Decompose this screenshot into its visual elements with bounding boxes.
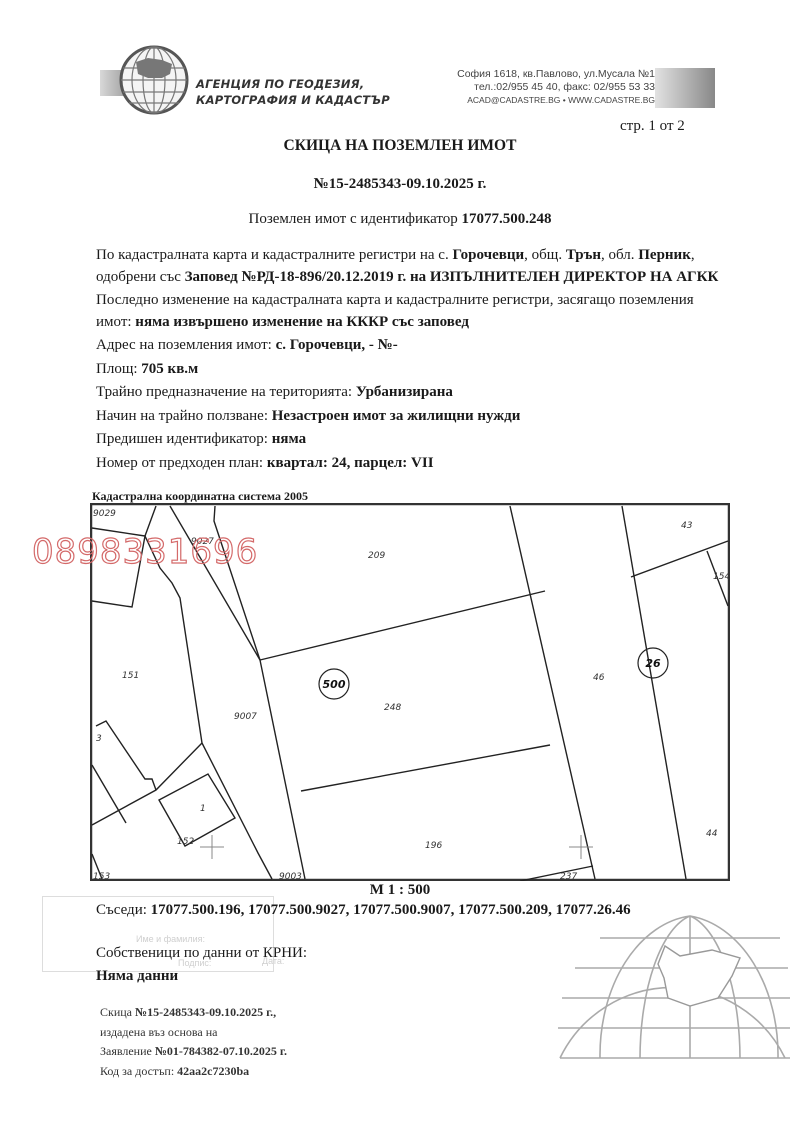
- address-row: Адрес на поземления имот: с. Горочевци, …: [96, 335, 726, 357]
- parcel-44-label: 44: [706, 829, 718, 839]
- owners-label: Собственици по данни от КРНИ:: [96, 945, 307, 962]
- footer-application: Заявление №01-784382-07.10.2025 г.: [100, 1042, 287, 1062]
- text: ,: [691, 247, 695, 263]
- agency-name-line1: АГЕНЦИЯ ПО ГЕОДЕЗИЯ,: [196, 76, 390, 92]
- parcel-9003-label: 9003: [279, 872, 302, 881]
- usage-row: Начин на трайно ползване: Незастроен имо…: [96, 406, 726, 428]
- parcel-3-label: 3: [96, 734, 102, 744]
- village: Горочевци: [452, 247, 524, 263]
- footer-issued-on: издадена въз основа на: [100, 1023, 287, 1043]
- footer-access-code: Код за достъп: 42aa2c7230ba: [100, 1062, 287, 1082]
- agency-phone: тел.:02/955 45 40, факс: 02/955 53 33: [440, 81, 655, 94]
- phone-watermark: 0898331696: [32, 532, 258, 572]
- globe-bulgaria-icon: [118, 44, 190, 116]
- parcel-209-label: 209: [368, 551, 385, 561]
- block-26-label: 26: [645, 657, 661, 670]
- address-value: с. Горочевци, - №-: [276, 337, 398, 353]
- block-500-label: 500: [323, 678, 346, 691]
- parcel-151-label: 151: [122, 671, 139, 681]
- label: Начин на трайно ползване:: [96, 408, 272, 424]
- purpose-value: Урбанизирана: [356, 384, 453, 400]
- label: Номер от предходен план:: [96, 455, 267, 471]
- text: одобрени със: [96, 269, 185, 285]
- agency-name: АГЕНЦИЯ ПО ГЕОДЕЗИЯ, КАРТОГРАФИЯ И КАДАС…: [196, 76, 390, 108]
- parcel-46-label: 46: [593, 673, 605, 683]
- agency-web: ACAD@CADASTRE.BG • WWW.CADASTRE.BG: [440, 94, 655, 107]
- area-value: 705 кв.м: [141, 361, 198, 377]
- parcel-152-label: 152: [177, 837, 194, 847]
- parcel-248-label: 248: [384, 703, 401, 713]
- agency-contact: София 1618, кв.Павлово, ул.Мусала №1 тел…: [440, 68, 655, 107]
- prev-id-row: Предишен идентификатор: няма: [96, 429, 726, 451]
- approval-order: Заповед №РД-18-896/20.12.2019 г. на ИЗПЪ…: [185, 269, 719, 285]
- owners-value: Няма данни: [96, 968, 178, 985]
- municipality: Трън: [566, 247, 601, 263]
- label: Предишен идентификатор:: [96, 431, 272, 447]
- parcel-196-label: 196: [425, 841, 442, 851]
- purpose-row: Трайно предназначение на територията: Ур…: [96, 382, 726, 404]
- page-number: стр. 1 от 2: [620, 118, 685, 135]
- property-details: По кадастралната карта и кадастралните р…: [96, 245, 726, 476]
- document-number: №15-2485343-09.10.2025 г.: [0, 176, 800, 193]
- coordinate-system-label: Кадастрална координатна система 2005: [92, 489, 308, 504]
- prev-id-value: няма: [272, 431, 306, 447]
- text: , обл.: [601, 247, 638, 263]
- usage-value: Незастроен имот за жилищни нужди: [272, 408, 521, 424]
- label: Адрес на поземления имот:: [96, 337, 276, 353]
- label: Скица: [100, 1005, 135, 1019]
- property-identifier: Поземлен имот с идентификатор 17077.500.…: [0, 211, 800, 228]
- footer-sketch: Скица №15-2485343-09.10.2025 г.,: [100, 1003, 287, 1023]
- last-change: Последно изменение на кадастралната карт…: [96, 290, 726, 333]
- cadastre-info: По кадастралната карта и кадастралните р…: [96, 245, 726, 288]
- application-number: №01-784382-07.10.2025 г.: [155, 1044, 287, 1058]
- identifier-value: 17077.500.248: [461, 211, 551, 227]
- neighbors: Съседи: 17077.500.196, 17077.500.9027, 1…: [96, 902, 631, 919]
- label: Заявление: [100, 1044, 155, 1058]
- area-row: Площ: 705 кв.м: [96, 359, 726, 381]
- text: По кадастралната карта и кадастралните р…: [96, 247, 452, 263]
- stamp-name-label: Име и фамилия:: [136, 934, 205, 944]
- agency-name-line2: КАРТОГРАФИЯ И КАДАСТЪР: [196, 92, 390, 108]
- document-title: СКИЦА НА ПОЗЕМЛЕН ИМОТ: [0, 137, 800, 155]
- parcel-154-label: 154: [713, 572, 730, 582]
- building-1-label: 1: [200, 804, 206, 814]
- globe-watermark-icon: [540, 898, 790, 1073]
- label: Код за достъп:: [100, 1064, 177, 1078]
- label: Трайно предназначение на територията:: [96, 384, 356, 400]
- parcel-237-label: 237: [560, 872, 577, 881]
- parcel-9007-label: 9007: [234, 712, 257, 722]
- identifier-label: Поземлен имот с идентификатор: [249, 211, 462, 227]
- prev-plan-row: Номер от предходен план: квартал: 24, па…: [96, 453, 726, 475]
- footer-info: Скица №15-2485343-09.10.2025 г., издаден…: [100, 1003, 287, 1081]
- parcel-43-label: 43: [681, 521, 693, 531]
- agency-address: София 1618, кв.Павлово, ул.Мусала №1: [440, 68, 655, 81]
- last-change-value: няма извършено изменение на КККР със зап…: [135, 314, 469, 330]
- prev-plan-value: квартал: 24, парцел: VII: [267, 455, 434, 471]
- label: Площ:: [96, 361, 141, 377]
- access-code: 42aa2c7230ba: [177, 1064, 249, 1078]
- contact-band: [655, 68, 715, 108]
- parcel-9029-label: 9029: [93, 509, 116, 519]
- region: Перник: [638, 247, 691, 263]
- text: , общ.: [524, 247, 566, 263]
- sketch-number: №15-2485343-09.10.2025 г.,: [135, 1005, 276, 1019]
- parcel-153-label: 153: [93, 872, 110, 881]
- neighbors-value: 17077.500.196, 17077.500.9027, 17077.500…: [151, 902, 631, 918]
- neighbors-label: Съседи:: [96, 902, 151, 918]
